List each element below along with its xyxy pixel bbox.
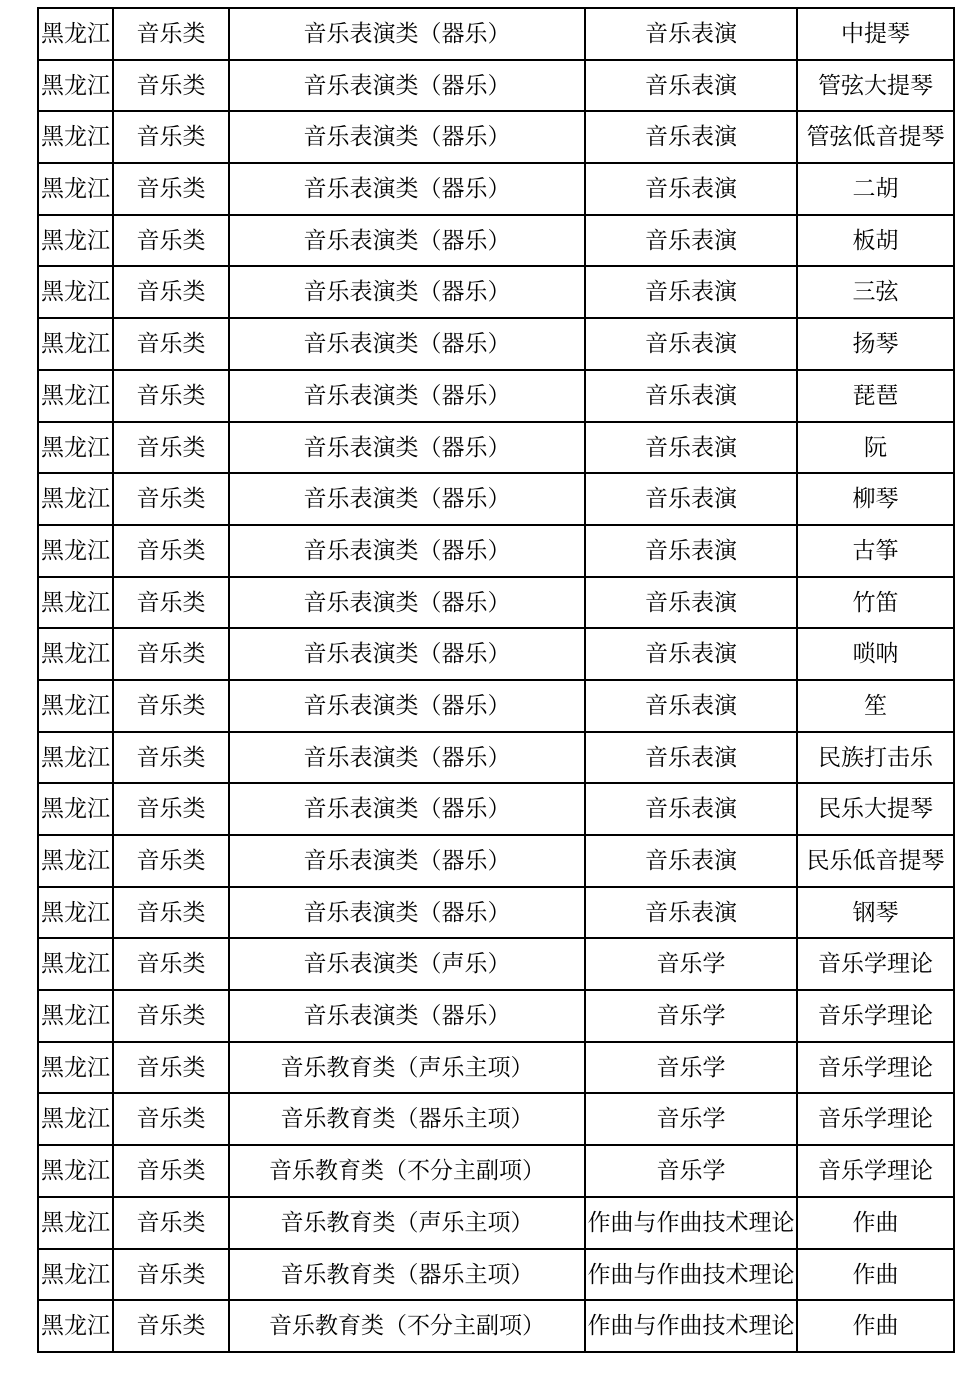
table-row: 黑龙江音乐类音乐表演类（器乐）音乐表演民乐低音提琴 — [38, 835, 954, 887]
cell-major-class: 音乐表演类（器乐） — [229, 215, 585, 267]
table-row: 黑龙江音乐类音乐表演类（器乐）音乐表演阮 — [38, 422, 954, 474]
cell-major-class: 音乐表演类（器乐） — [229, 577, 585, 629]
cell-province: 黑龙江 — [38, 680, 113, 732]
table-row: 黑龙江音乐类音乐表演类（器乐）音乐表演唢呐 — [38, 628, 954, 680]
cell-province: 黑龙江 — [38, 370, 113, 422]
cell-major: 音乐表演 — [585, 266, 797, 318]
cell-category: 音乐类 — [113, 60, 229, 112]
table-row: 黑龙江音乐类音乐表演类（器乐）音乐表演二胡 — [38, 163, 954, 215]
cell-direction: 民乐低音提琴 — [797, 835, 954, 887]
cell-major: 音乐表演 — [585, 628, 797, 680]
table-row: 黑龙江音乐类音乐表演类（器乐）音乐表演扬琴 — [38, 318, 954, 370]
cell-province: 黑龙江 — [38, 887, 113, 939]
cell-direction: 作曲 — [797, 1249, 954, 1301]
cell-direction: 板胡 — [797, 215, 954, 267]
cell-major-class: 音乐表演类（器乐） — [229, 525, 585, 577]
cell-category: 音乐类 — [113, 163, 229, 215]
cell-category: 音乐类 — [113, 266, 229, 318]
cell-major: 音乐表演 — [585, 525, 797, 577]
table-row: 黑龙江音乐类音乐表演类（器乐）音乐表演管弦大提琴 — [38, 60, 954, 112]
cell-major: 音乐表演 — [585, 473, 797, 525]
cell-direction: 柳琴 — [797, 473, 954, 525]
cell-direction: 音乐学理论 — [797, 938, 954, 990]
cell-major-class: 音乐表演类（器乐） — [229, 783, 585, 835]
cell-major: 音乐表演 — [585, 422, 797, 474]
table-row: 黑龙江音乐类音乐表演类（器乐）音乐表演民乐大提琴 — [38, 783, 954, 835]
cell-category: 音乐类 — [113, 1197, 229, 1249]
cell-province: 黑龙江 — [38, 111, 113, 163]
table-row: 黑龙江音乐类音乐表演类（声乐）音乐学音乐学理论 — [38, 938, 954, 990]
cell-major-class: 音乐表演类（器乐） — [229, 990, 585, 1042]
cell-province: 黑龙江 — [38, 60, 113, 112]
cell-province: 黑龙江 — [38, 938, 113, 990]
cell-major-class: 音乐表演类（器乐） — [229, 680, 585, 732]
cell-province: 黑龙江 — [38, 318, 113, 370]
cell-major: 音乐表演 — [585, 680, 797, 732]
cell-category: 音乐类 — [113, 1093, 229, 1145]
table-row: 黑龙江音乐类音乐表演类（器乐）音乐表演民族打击乐 — [38, 732, 954, 784]
cell-direction: 二胡 — [797, 163, 954, 215]
cell-province: 黑龙江 — [38, 732, 113, 784]
cell-province: 黑龙江 — [38, 422, 113, 474]
table-row: 黑龙江音乐类音乐表演类（器乐）音乐表演笙 — [38, 680, 954, 732]
cell-major-class: 音乐表演类（器乐） — [229, 422, 585, 474]
cell-major-class: 音乐教育类（不分主副项） — [229, 1300, 585, 1352]
cell-province: 黑龙江 — [38, 525, 113, 577]
cell-direction: 音乐学理论 — [797, 990, 954, 1042]
cell-major: 音乐表演 — [585, 577, 797, 629]
cell-major: 音乐表演 — [585, 835, 797, 887]
cell-direction: 三弦 — [797, 266, 954, 318]
cell-direction: 古筝 — [797, 525, 954, 577]
table-row: 黑龙江音乐类音乐表演类（器乐）音乐表演管弦低音提琴 — [38, 111, 954, 163]
cell-province: 黑龙江 — [38, 1093, 113, 1145]
cell-major: 作曲与作曲技术理论 — [585, 1300, 797, 1352]
cell-category: 音乐类 — [113, 111, 229, 163]
cell-major-class: 音乐教育类（器乐主项） — [229, 1093, 585, 1145]
cell-direction: 钢琴 — [797, 887, 954, 939]
cell-category: 音乐类 — [113, 990, 229, 1042]
cell-direction: 音乐学理论 — [797, 1093, 954, 1145]
cell-major-class: 音乐教育类（不分主副项） — [229, 1145, 585, 1197]
cell-major-class: 音乐表演类（器乐） — [229, 60, 585, 112]
cell-major-class: 音乐表演类（器乐） — [229, 8, 585, 60]
cell-category: 音乐类 — [113, 215, 229, 267]
cell-direction: 管弦大提琴 — [797, 60, 954, 112]
cell-major-class: 音乐表演类（器乐） — [229, 370, 585, 422]
cell-major-class: 音乐表演类（器乐） — [229, 835, 585, 887]
cell-major-class: 音乐表演类（器乐） — [229, 628, 585, 680]
table-row: 黑龙江音乐类音乐表演类（器乐）音乐表演钢琴 — [38, 887, 954, 939]
table-row: 黑龙江音乐类音乐表演类（器乐）音乐表演琵琶 — [38, 370, 954, 422]
cell-category: 音乐类 — [113, 525, 229, 577]
cell-major-class: 音乐表演类（声乐） — [229, 938, 585, 990]
cell-major: 音乐学 — [585, 1093, 797, 1145]
cell-major: 音乐学 — [585, 1042, 797, 1094]
cell-major-class: 音乐表演类（器乐） — [229, 318, 585, 370]
cell-category: 音乐类 — [113, 422, 229, 474]
cell-major-class: 音乐表演类（器乐） — [229, 887, 585, 939]
cell-major: 音乐表演 — [585, 887, 797, 939]
cell-province: 黑龙江 — [38, 990, 113, 1042]
cell-direction: 作曲 — [797, 1300, 954, 1352]
cell-category: 音乐类 — [113, 628, 229, 680]
table-row: 黑龙江音乐类音乐教育类（不分主副项）音乐学音乐学理论 — [38, 1145, 954, 1197]
cell-major: 音乐表演 — [585, 370, 797, 422]
cell-major-class: 音乐表演类（器乐） — [229, 266, 585, 318]
table-row: 黑龙江音乐类音乐教育类（声乐主项）音乐学音乐学理论 — [38, 1042, 954, 1094]
cell-major: 音乐学 — [585, 990, 797, 1042]
cell-category: 音乐类 — [113, 1300, 229, 1352]
cell-category: 音乐类 — [113, 887, 229, 939]
table-row: 黑龙江音乐类音乐教育类（器乐主项）作曲与作曲技术理论作曲 — [38, 1249, 954, 1301]
cell-province: 黑龙江 — [38, 577, 113, 629]
cell-major: 音乐学 — [585, 1145, 797, 1197]
table-row: 黑龙江音乐类音乐表演类（器乐）音乐表演柳琴 — [38, 473, 954, 525]
cell-direction: 笙 — [797, 680, 954, 732]
cell-direction: 民乐大提琴 — [797, 783, 954, 835]
cell-major: 作曲与作曲技术理论 — [585, 1249, 797, 1301]
cell-category: 音乐类 — [113, 370, 229, 422]
cell-direction: 竹笛 — [797, 577, 954, 629]
cell-major: 音乐表演 — [585, 215, 797, 267]
cell-category: 音乐类 — [113, 8, 229, 60]
cell-major: 音乐学 — [585, 938, 797, 990]
cell-category: 音乐类 — [113, 1145, 229, 1197]
cell-major: 音乐表演 — [585, 60, 797, 112]
cell-province: 黑龙江 — [38, 163, 113, 215]
cell-category: 音乐类 — [113, 318, 229, 370]
cell-province: 黑龙江 — [38, 215, 113, 267]
cell-province: 黑龙江 — [38, 473, 113, 525]
cell-province: 黑龙江 — [38, 8, 113, 60]
cell-province: 黑龙江 — [38, 1145, 113, 1197]
cell-direction: 民族打击乐 — [797, 732, 954, 784]
cell-category: 音乐类 — [113, 680, 229, 732]
cell-direction: 扬琴 — [797, 318, 954, 370]
cell-direction: 音乐学理论 — [797, 1145, 954, 1197]
cell-category: 音乐类 — [113, 473, 229, 525]
cell-major-class: 音乐表演类（器乐） — [229, 473, 585, 525]
cell-direction: 中提琴 — [797, 8, 954, 60]
table-row: 黑龙江音乐类音乐表演类（器乐）音乐表演三弦 — [38, 266, 954, 318]
cell-major: 音乐表演 — [585, 783, 797, 835]
majors-table-body: 黑龙江音乐类音乐表演类（器乐）音乐表演中提琴黑龙江音乐类音乐表演类（器乐）音乐表… — [38, 8, 954, 1352]
cell-direction: 作曲 — [797, 1197, 954, 1249]
cell-major: 音乐表演 — [585, 163, 797, 215]
table-row: 黑龙江音乐类音乐教育类（不分主副项）作曲与作曲技术理论作曲 — [38, 1300, 954, 1352]
cell-province: 黑龙江 — [38, 835, 113, 887]
cell-direction: 唢呐 — [797, 628, 954, 680]
cell-major: 作曲与作曲技术理论 — [585, 1197, 797, 1249]
cell-category: 音乐类 — [113, 783, 229, 835]
cell-major: 音乐表演 — [585, 8, 797, 60]
cell-category: 音乐类 — [113, 835, 229, 887]
cell-province: 黑龙江 — [38, 1300, 113, 1352]
cell-category: 音乐类 — [113, 1042, 229, 1094]
table-row: 黑龙江音乐类音乐表演类（器乐）音乐表演板胡 — [38, 215, 954, 267]
cell-category: 音乐类 — [113, 577, 229, 629]
cell-direction: 琵琶 — [797, 370, 954, 422]
cell-major-class: 音乐表演类（器乐） — [229, 732, 585, 784]
cell-major: 音乐表演 — [585, 318, 797, 370]
cell-category: 音乐类 — [113, 732, 229, 784]
table-row: 黑龙江音乐类音乐表演类（器乐）音乐表演竹笛 — [38, 577, 954, 629]
table-row: 黑龙江音乐类音乐表演类（器乐）音乐表演中提琴 — [38, 8, 954, 60]
cell-province: 黑龙江 — [38, 1197, 113, 1249]
cell-province: 黑龙江 — [38, 1249, 113, 1301]
table-row: 黑龙江音乐类音乐教育类（声乐主项）作曲与作曲技术理论作曲 — [38, 1197, 954, 1249]
table-row: 黑龙江音乐类音乐表演类（器乐）音乐学音乐学理论 — [38, 990, 954, 1042]
cell-category: 音乐类 — [113, 1249, 229, 1301]
cell-major: 音乐表演 — [585, 111, 797, 163]
cell-category: 音乐类 — [113, 938, 229, 990]
cell-direction: 管弦低音提琴 — [797, 111, 954, 163]
table-row: 黑龙江音乐类音乐表演类（器乐）音乐表演古筝 — [38, 525, 954, 577]
cell-province: 黑龙江 — [38, 266, 113, 318]
cell-major-class: 音乐表演类（器乐） — [229, 111, 585, 163]
cell-direction: 阮 — [797, 422, 954, 474]
cell-major-class: 音乐教育类（声乐主项） — [229, 1042, 585, 1094]
cell-major-class: 音乐表演类（器乐） — [229, 163, 585, 215]
table-row: 黑龙江音乐类音乐教育类（器乐主项）音乐学音乐学理论 — [38, 1093, 954, 1145]
cell-major-class: 音乐教育类（声乐主项） — [229, 1197, 585, 1249]
cell-direction: 音乐学理论 — [797, 1042, 954, 1094]
cell-major-class: 音乐教育类（器乐主项） — [229, 1249, 585, 1301]
cell-major: 音乐表演 — [585, 732, 797, 784]
document-page: 黑龙江音乐类音乐表演类（器乐）音乐表演中提琴黑龙江音乐类音乐表演类（器乐）音乐表… — [0, 0, 963, 1385]
cell-province: 黑龙江 — [38, 783, 113, 835]
majors-table: 黑龙江音乐类音乐表演类（器乐）音乐表演中提琴黑龙江音乐类音乐表演类（器乐）音乐表… — [37, 7, 955, 1353]
cell-province: 黑龙江 — [38, 1042, 113, 1094]
cell-province: 黑龙江 — [38, 628, 113, 680]
